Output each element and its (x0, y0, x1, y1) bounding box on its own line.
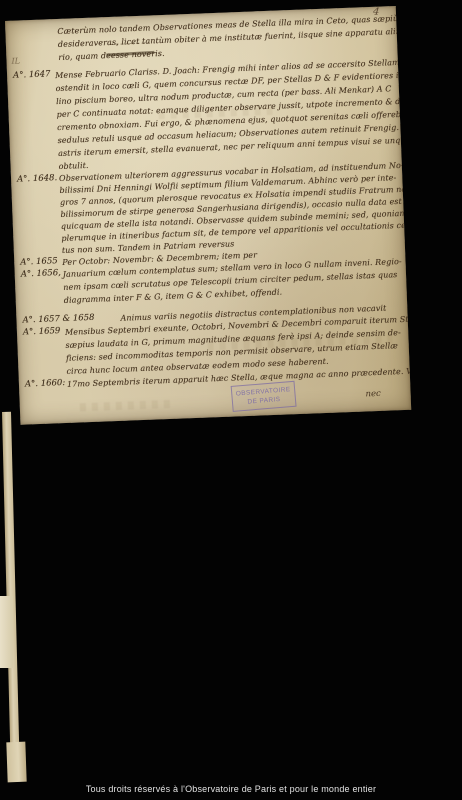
margin-ink-mark: IL (11, 56, 20, 65)
page-edge-strip (2, 412, 20, 772)
manuscript-paragraph-1647: A°. 1647Mense Februario Clariss. D. Joac… (55, 56, 399, 173)
year-label: A°. 1656, (21, 268, 61, 280)
ink-bleed (80, 400, 170, 411)
year-label: A°. 1659 (23, 326, 61, 337)
year-label: A°. 1657 & 1658 (22, 313, 94, 326)
page-edge-tab (0, 596, 13, 668)
page-edge-foot (6, 742, 26, 783)
footer-caption: Tous droits réservés à l'Observatoire de… (0, 784, 462, 794)
catchword: nec (365, 389, 381, 400)
year-label: A°. 1647 (13, 69, 51, 80)
manuscript-paragraph-1648: A°. 1648.Observationem ulteriorem aggres… (59, 160, 402, 257)
manuscript-page: 4 IL Cæterùm nolo tandem Observationes m… (5, 6, 411, 425)
library-stamp: OBSERVATOIRE DE PARIS (231, 381, 297, 412)
year-label: A°. 1655 (20, 256, 58, 267)
scan-viewer: 4 IL Cæterùm nolo tandem Observationes m… (0, 0, 462, 800)
year-label: A°. 1660: (25, 378, 66, 390)
year-label: A°. 1648. (17, 173, 57, 185)
